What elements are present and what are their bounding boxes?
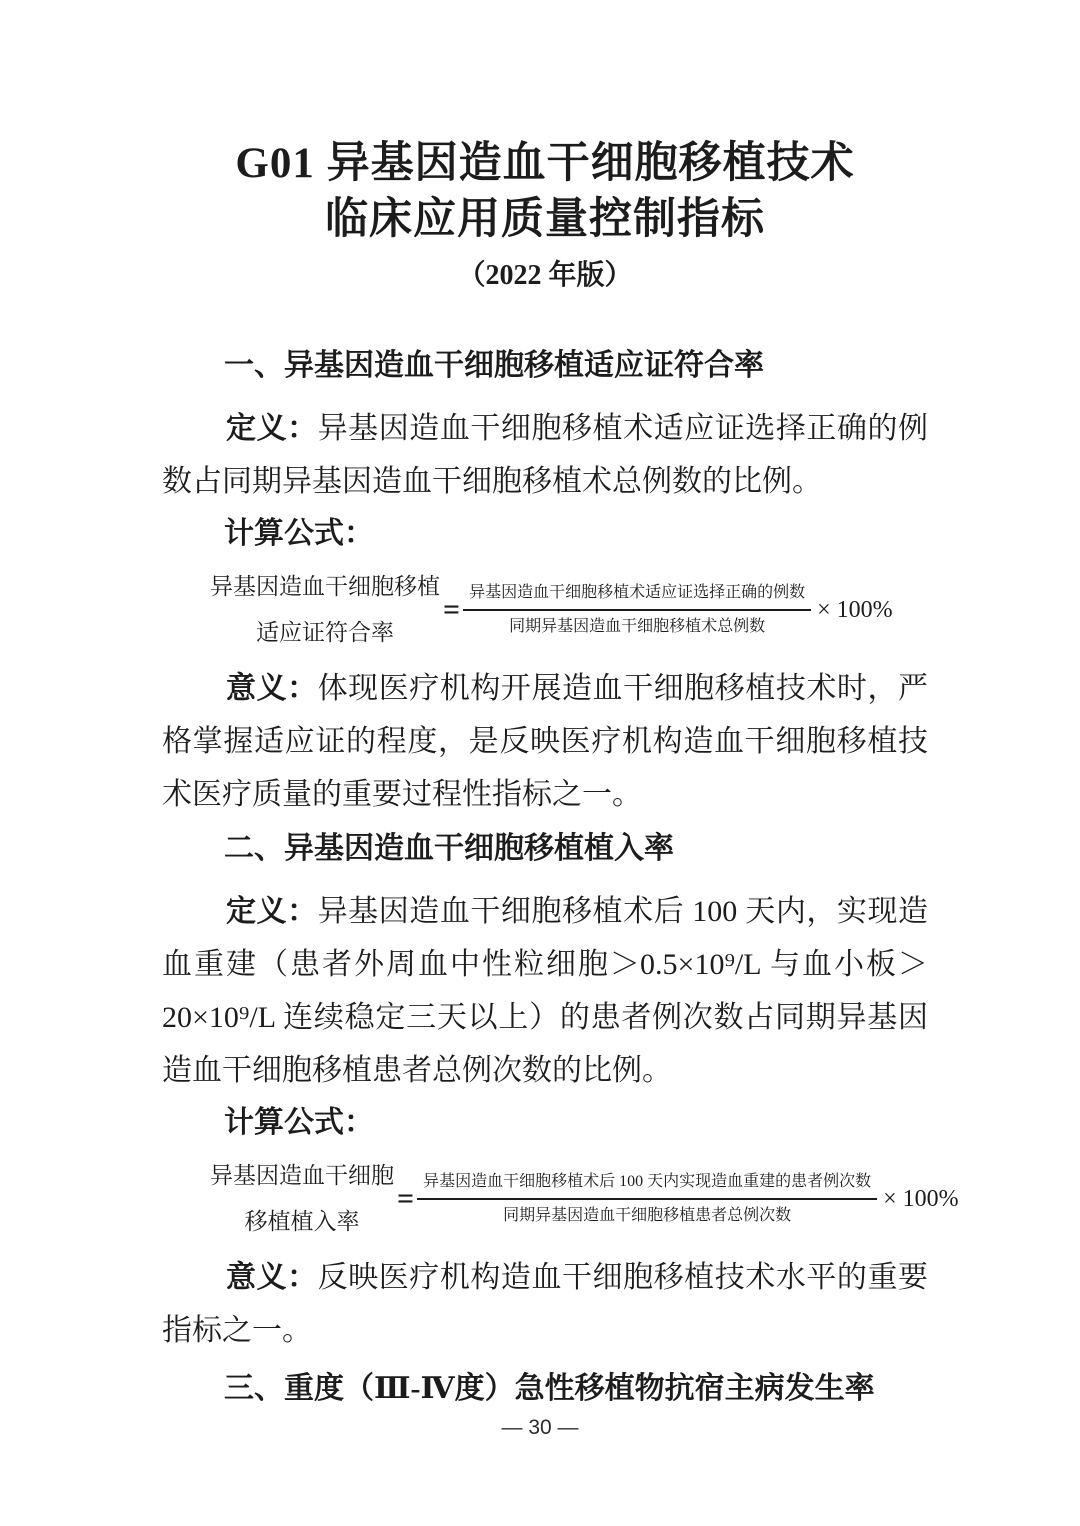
section-1-formula-label: 计算公式： (162, 514, 928, 554)
page-number: — 30 — (0, 1416, 1080, 1440)
page-title-line1: G01 异基因造血干细胞移植技术 (162, 136, 928, 192)
document-page: G01 异基因造血干细胞移植技术 临床应用质量控制指标 （2022 年版） 一、… (0, 0, 1080, 1526)
section-2-heading: 二、异基因造血干细胞移植植入率 (162, 829, 928, 869)
equals-sign: = (397, 1182, 414, 1216)
formula-lhs: 异基因造血干细胞移植 适应证符合率 (210, 564, 440, 656)
formula-lhs-line1: 异基因造血干细胞 (210, 1153, 394, 1199)
formula-lhs-line1: 异基因造血干细胞移植 (210, 564, 440, 610)
fraction-denominator: 同期异基因造血干细胞移植术总例数 (463, 609, 811, 637)
definition-label: 定义： (226, 412, 318, 445)
formula-lhs: 异基因造血干细胞 移植植入率 (210, 1153, 394, 1245)
section-1-definition: 定义：异基因造血干细胞移植术适应证选择正确的例数占同期异基因造血干细胞移植术总例… (162, 402, 928, 508)
page-subtitle: （2022 年版） (162, 256, 928, 296)
page-title: G01 异基因造血干细胞移植技术 临床应用质量控制指标 (162, 136, 928, 248)
fraction-numerator: 异基因造血干细胞移植术适应证选择正确的例数 (463, 583, 811, 609)
equals-sign: = (443, 593, 460, 627)
section-2-formula-label: 计算公式： (162, 1103, 928, 1143)
section-2-formula: 异基因造血干细胞 移植植入率 = 异基因造血干细胞移植术后 100 天内实现造血… (210, 1153, 928, 1245)
section-1-significance: 意义：体现医疗机构开展造血干细胞移植技术时，严格掌握适应证的程度，是反映医疗机构… (162, 662, 928, 821)
formula-lhs-line2: 移植植入率 (210, 1199, 394, 1245)
significance-label: 意义： (226, 1261, 318, 1294)
fraction-numerator: 异基因造血干细胞移植术后 100 天内实现造血重建的患者例次数 (417, 1172, 877, 1198)
significance-label: 意义： (226, 672, 318, 705)
definition-label: 定义： (226, 895, 318, 928)
section-2-significance: 意义：反映医疗机构造血干细胞移植技术水平的重要指标之一。 (162, 1251, 928, 1357)
formula-fraction: 异基因造血干细胞移植术后 100 天内实现造血重建的患者例次数 同期异基因造血干… (417, 1172, 877, 1226)
section-3-heading: 三、重度（Ⅲ-Ⅳ度）急性移植物抗宿主病发生率 (162, 1369, 928, 1409)
section-2-definition: 定义：异基因造血干细胞移植术后 100 天内，实现造血重建（患者外周血中性粒细胞… (162, 885, 928, 1097)
section-1-heading: 一、异基因造血干细胞移植适应证符合率 (162, 346, 928, 386)
formula-multiplier: × 100% (883, 1186, 959, 1213)
formula-fraction: 异基因造血干细胞移植术适应证选择正确的例数 同期异基因造血干细胞移植术总例数 (463, 583, 811, 637)
section-1-formula: 异基因造血干细胞移植 适应证符合率 = 异基因造血干细胞移植术适应证选择正确的例… (210, 564, 928, 656)
page-title-line2: 临床应用质量控制指标 (162, 192, 928, 248)
fraction-denominator: 同期异基因造血干细胞移植患者总例次数 (417, 1198, 877, 1226)
formula-multiplier: × 100% (817, 597, 893, 624)
formula-lhs-line2: 适应证符合率 (210, 610, 440, 656)
